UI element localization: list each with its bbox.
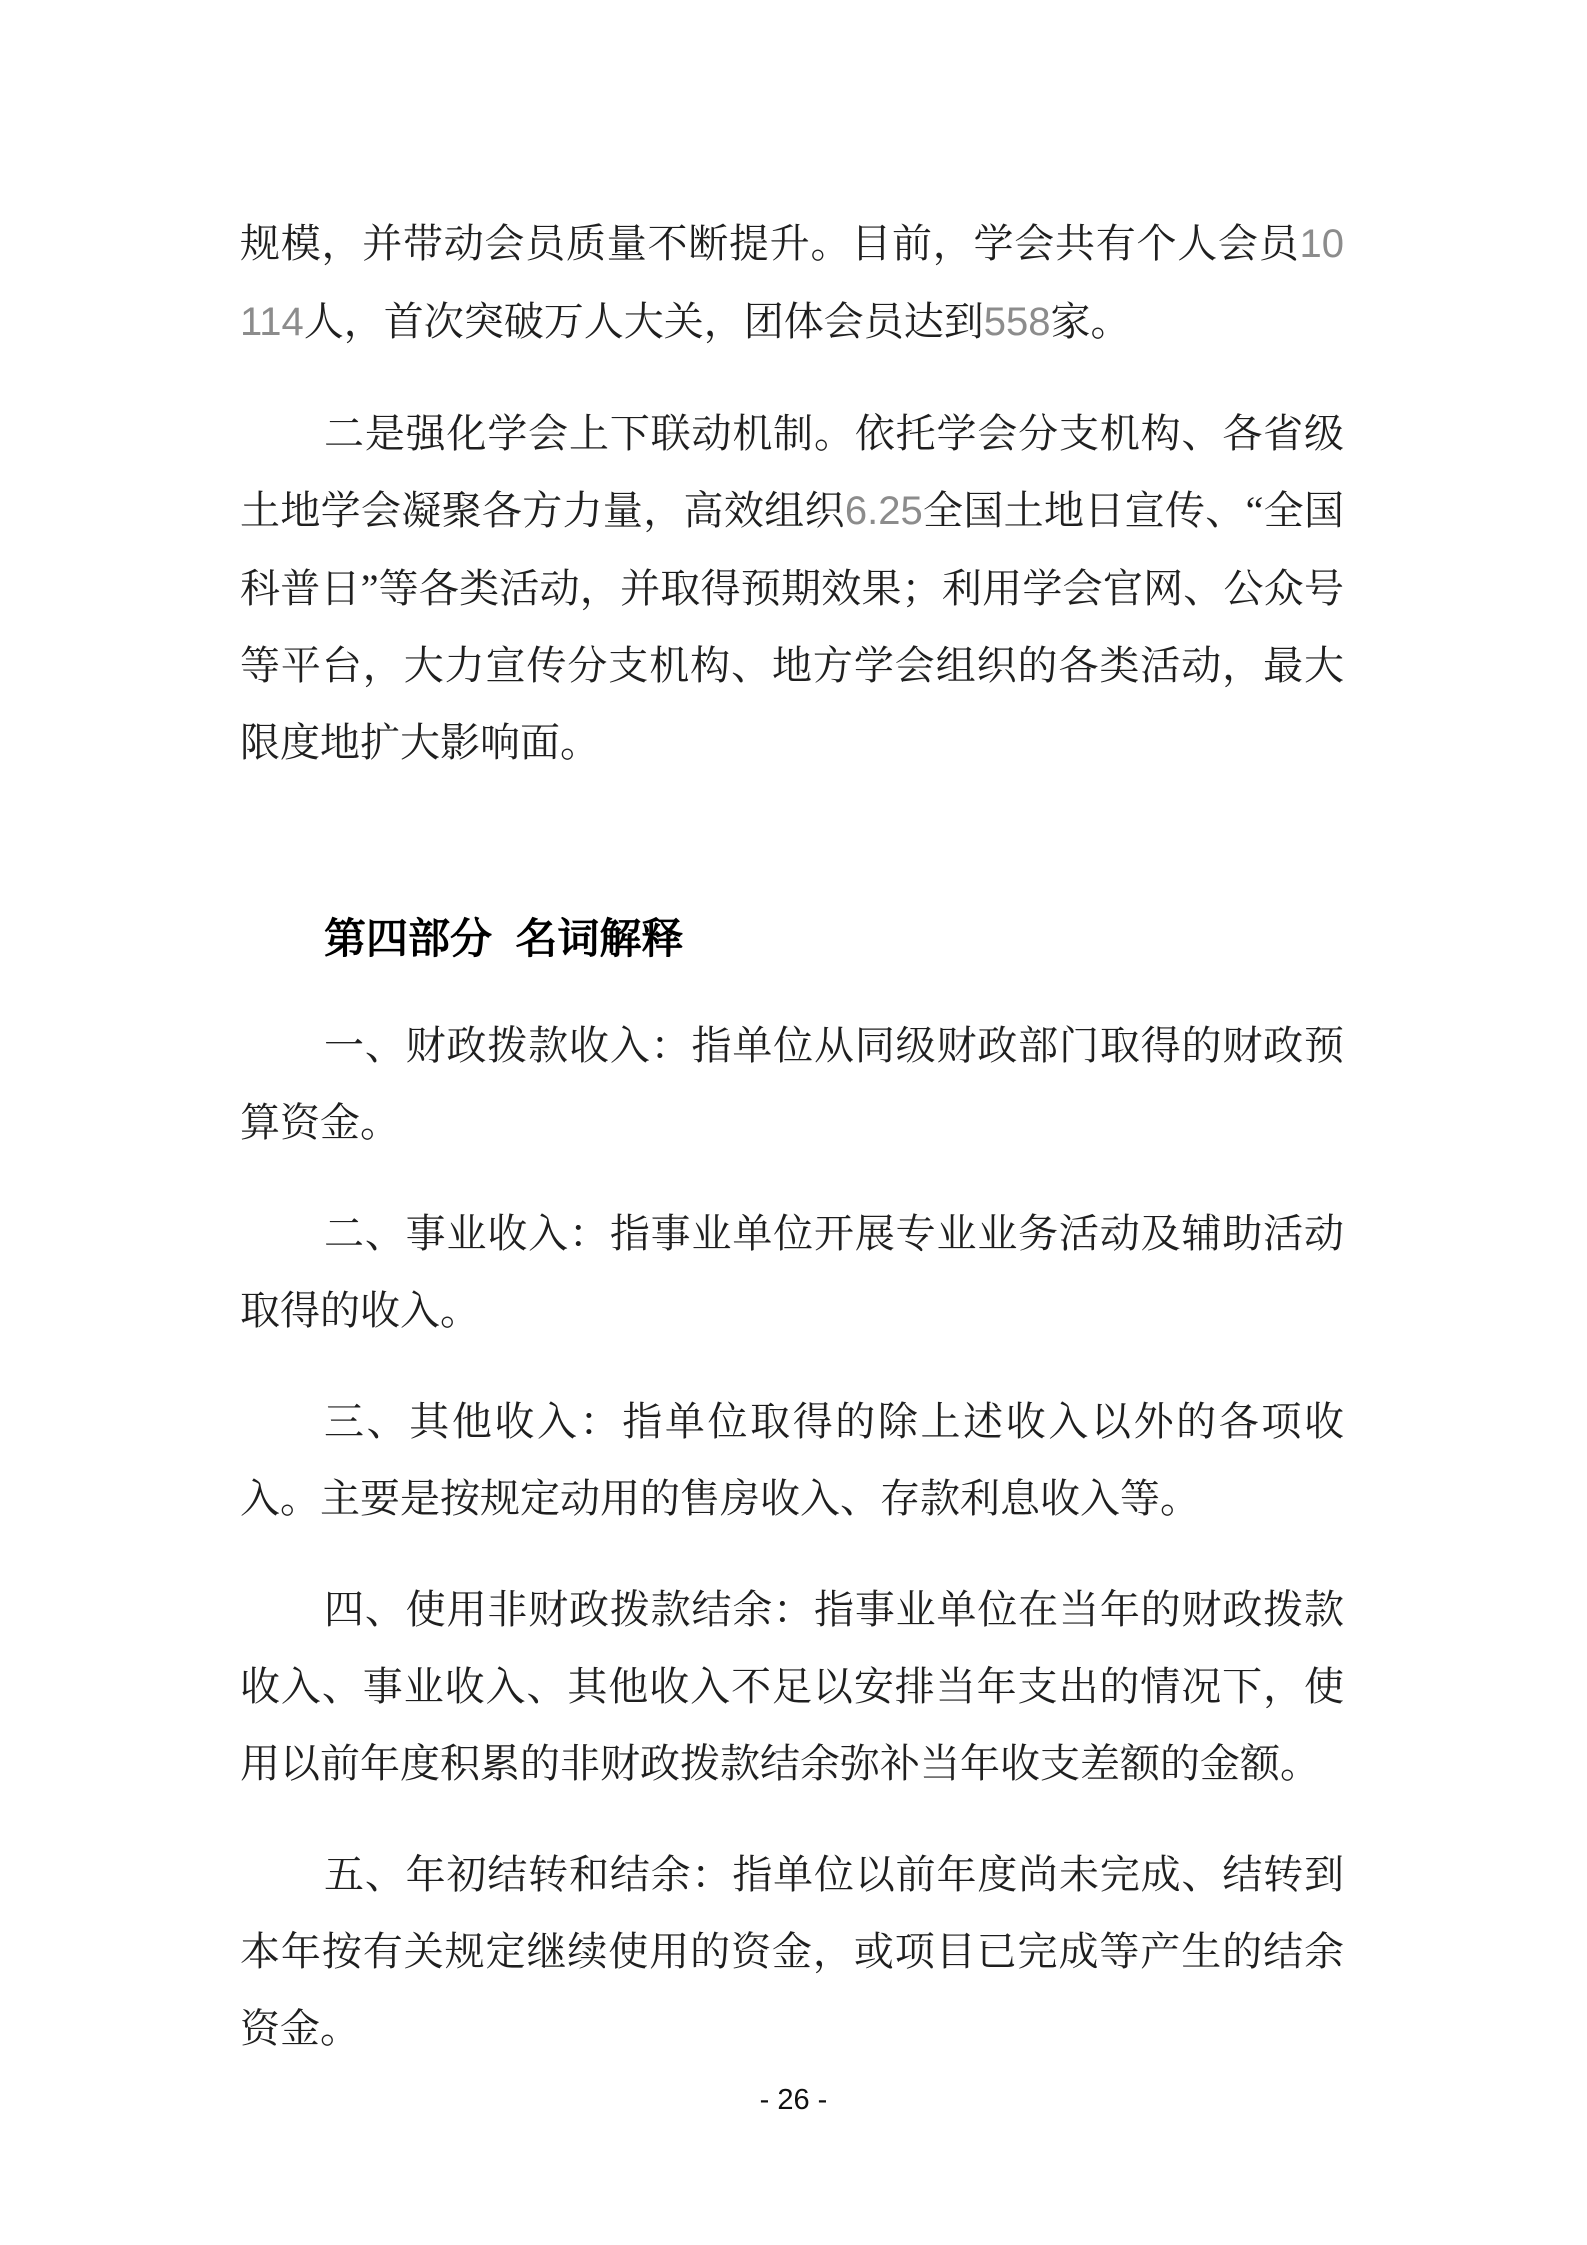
term-definition-5: 五、年初结转和结余：指单位以前年度尚未完成、结转到本年按有关规定继续使用的资金，… bbox=[240, 1836, 1344, 2067]
term-definition-3: 三、其他收入：指单位取得的除上述收入以外的各项收入。主要是按规定动用的售房收入、… bbox=[240, 1383, 1344, 1537]
section-heading: 第四部分 名词解释 bbox=[324, 899, 1344, 979]
term-definition-1: 一、财政拨款收入：指单位从同级财政部门取得的财政预算资金。 bbox=[240, 1007, 1344, 1161]
paragraph-linkage-mechanism: 二是强化学会上下联动机制。依托学会分支机构、各省级土地学会凝聚各方力量，高效组织… bbox=[240, 395, 1344, 781]
term-definition-2: 二、事业收入：指事业单位开展专业业务活动及辅助活动取得的收入。 bbox=[240, 1195, 1344, 1349]
paragraph-continuation: 规模，并带动会员质量不断提升。目前，学会共有个人会员10114人，首次突破万人大… bbox=[240, 205, 1344, 361]
document-page: 规模，并带动会员质量不断提升。目前，学会共有个人会员10114人，首次突破万人大… bbox=[0, 0, 1587, 2245]
page-number: - 26 - bbox=[0, 2084, 1587, 2117]
document-body: 规模，并带动会员质量不断提升。目前，学会共有个人会员10114人，首次突破万人大… bbox=[240, 205, 1344, 2101]
term-definition-4: 四、使用非财政拨款结余：指事业单位在当年的财政拨款收入、事业收入、其他收入不足以… bbox=[240, 1571, 1344, 1802]
